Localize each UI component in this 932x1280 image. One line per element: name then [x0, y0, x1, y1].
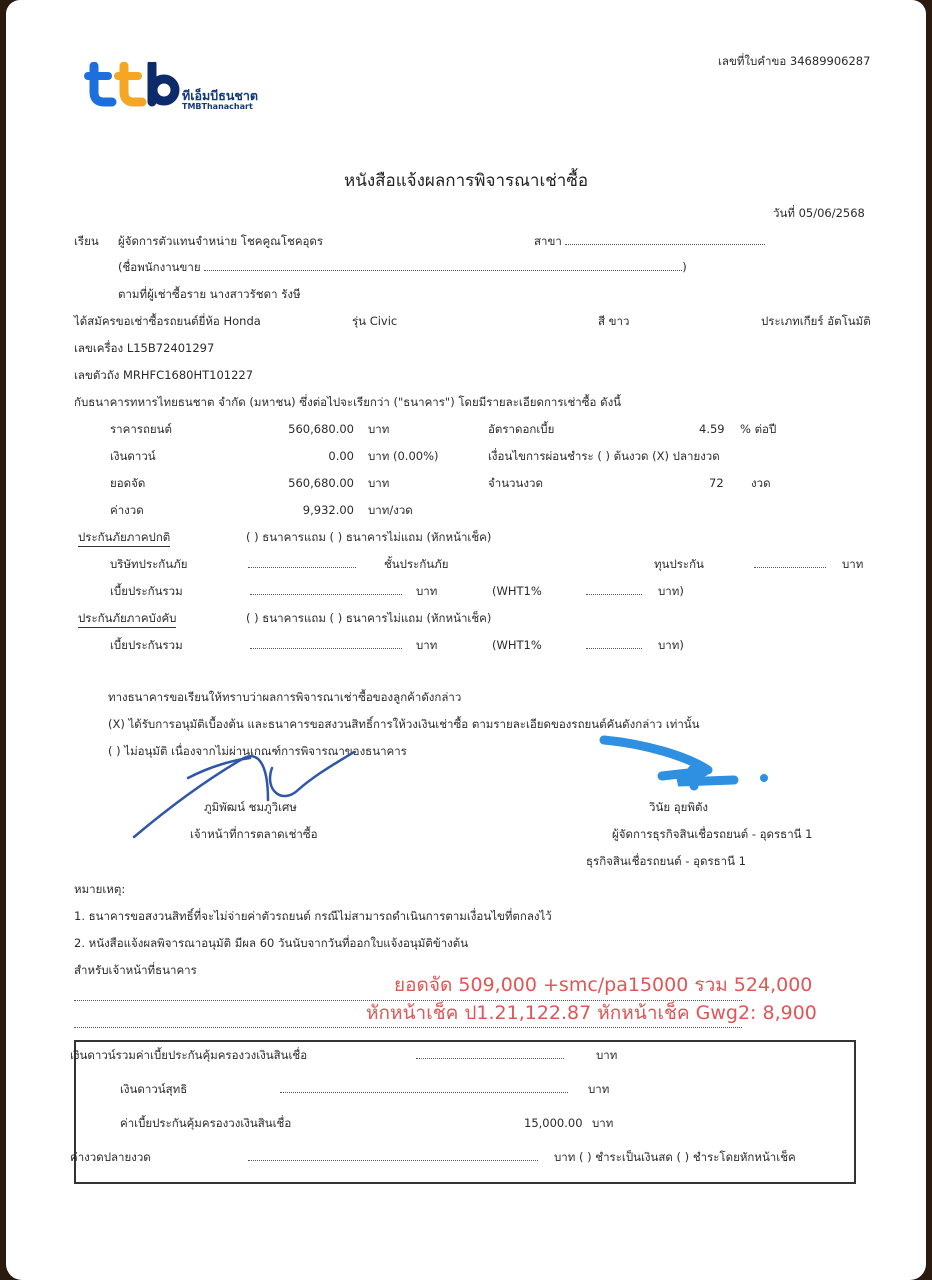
- logo-english-name: TMBThanachart: [182, 102, 253, 111]
- voluntary-insurance-title: ประกันภัยภาคปกติ: [78, 530, 170, 547]
- result-intro: ทางธนาคารขอเรียนให้ทราบว่าผลการพิจารณาเช…: [108, 690, 461, 704]
- left-signer-name: ภูมิพัฒน์ ชมภูวิเศษ: [204, 800, 297, 814]
- voluntary-premium-blank: [250, 584, 402, 595]
- financial-label: ค่างวด: [110, 503, 144, 517]
- lessee-text: ตามที่ผู้เช่าซื้อราย นางสาวรัชดา รังษี: [118, 287, 301, 301]
- chassis-number: เลขตัวถัง MRHFC1680HT101227: [74, 368, 253, 382]
- last-installment-label: ค่างวดปลายงวด: [70, 1150, 151, 1164]
- voluntary-premium-unit: บาท: [416, 584, 437, 598]
- right-signer-name: วินัย อุยพิตัง: [649, 800, 708, 814]
- insurer-label: บริษัทประกันภัย: [110, 557, 187, 571]
- installments-value: 72: [709, 476, 724, 490]
- financial-unit: บาท/งวด: [368, 503, 413, 517]
- bank-statement: กับธนาคารทหารไทยธนชาต จำกัด (มหาชน) ซึ่ง…: [74, 395, 621, 409]
- insurance-class-label: ชั้นประกันภัย: [384, 557, 448, 571]
- compulsory-wht-unit: บาท): [658, 638, 684, 652]
- sum-insured-blank: [754, 557, 826, 568]
- installments-unit: งวด: [751, 476, 771, 490]
- compulsory-insurance-options: ( ) ธนาคารแถม ( ) ธนาคารไม่แถม (หักหน้าเ…: [246, 611, 491, 625]
- financial-label: ยอดจัด: [110, 476, 145, 490]
- right-signer-department: ธุรกิจสินเชื่อรถยนต์ - อุดรธานี 1: [586, 854, 746, 868]
- compulsory-premium-unit: บาท: [416, 638, 437, 652]
- financial-value: 560,680.00: [288, 422, 354, 436]
- sum-insured-label: ทุนประกัน: [654, 557, 704, 571]
- salesperson-label: (ชื่อพนักงานขาย: [118, 260, 201, 274]
- credit-premium-label: ค่าเบี้ยประกันคุ้มครองวงเงินสินเชื่อ: [120, 1116, 291, 1130]
- down-total-label: เงินดาวน์รวมค่าเบี้ยประกันคุ้มครองวงเงิน…: [70, 1048, 307, 1062]
- financial-unit: บาท: [368, 476, 389, 490]
- compulsory-insurance-title: ประกันภัยภาคบังคับ: [78, 611, 176, 628]
- branch-blank: [565, 234, 765, 245]
- addressee-label: เรียน: [74, 234, 99, 248]
- credit-premium-unit: บาท: [592, 1116, 613, 1130]
- salesperson-close: ): [682, 260, 687, 274]
- engine-number: เลขเครื่อง L15B72401297: [74, 341, 214, 355]
- handwritten-note-line-2: หักหน้าเช็ค ป1.21,122.87 หักหน้าเช็ค Gwg…: [366, 1002, 817, 1024]
- date-value: 05/06/2568: [799, 206, 865, 220]
- addressee-name: ผู้จัดการตัวแทนจำหน่าย โชคคูณโชคอุดร: [118, 234, 323, 248]
- left-signature-icon: [134, 752, 354, 837]
- credit-premium-value: 15,000.00: [524, 1116, 583, 1130]
- signature-dot-icon: [760, 774, 768, 782]
- handwritten-note-line-1: ยอดจัด 509,000 +smc/pa15000 รวม 524,000: [394, 974, 812, 996]
- application-number: เลขที่ใบคำขอ 34689906287: [718, 54, 870, 68]
- branch-label: สาขา: [534, 234, 562, 248]
- document-date: วันที่ 05/06/2568: [773, 206, 865, 220]
- compulsory-premium-label: เบี้ยประกันรวม: [110, 638, 183, 652]
- compulsory-premium-blank: [250, 638, 402, 649]
- net-down-label: เงินดาวน์สุทธิ: [120, 1082, 187, 1096]
- ttb-logo-icon: [84, 62, 180, 108]
- vehicle-gear: ประเภทเกียร์ อัตโนมัติ: [761, 314, 871, 328]
- vehicle-brand: ได้สมัครขอเช่าซื้อรถยนต์ยี่ห้อ Honda: [74, 314, 261, 328]
- payment-condition: เงื่อนไขการผ่อนชำระ ( ) ต้นงวด (X) ปลายง…: [488, 449, 720, 463]
- application-number-label: เลขที่ใบคำขอ: [718, 54, 786, 68]
- financial-value: 9,932.00: [303, 503, 354, 517]
- right-signer-title: ผู้จัดการธุรกิจสินเชื่อรถยนต์ - อุดรธานี…: [612, 827, 813, 841]
- compulsory-wht-label: (WHT1%: [492, 638, 542, 652]
- down-total-unit: บาท: [596, 1048, 617, 1062]
- result-rejected: ( ) ไม่อนุมัติ เนื่องจากไม่ผ่านเกณฑ์การพ…: [108, 744, 407, 758]
- note-item-1: 1. ธนาคารขอสงวนสิทธิ์ที่จะไม่จ่ายค่าตัวร…: [74, 909, 552, 923]
- voluntary-premium-label: เบี้ยประกันรวม: [110, 584, 183, 598]
- salesperson-blank: [204, 260, 682, 271]
- voluntary-wht-unit: บาท): [658, 584, 684, 598]
- financial-label: เงินดาวน์: [110, 449, 156, 463]
- financial-unit: บาท: [368, 422, 389, 436]
- document-page: ทีเอ็มบีธนชาต TMBThanachart เลขที่ใบคำขอ…: [6, 0, 926, 1280]
- right-signature-icon: [604, 740, 734, 786]
- voluntary-wht-label: (WHT1%: [492, 584, 542, 598]
- voluntary-wht-blank: [586, 584, 642, 595]
- financial-unit: บาท (0.00%): [368, 449, 439, 463]
- notes-title: หมายเหตุ:: [74, 882, 125, 896]
- financial-label: ราคารถยนต์: [110, 422, 172, 436]
- result-approved: (X) ได้รับการอนุมัติเบื้องต้น และธนาคารข…: [108, 717, 700, 731]
- interest-label: อัตราดอกเบี้ย: [488, 422, 554, 436]
- page-title: หนังสือแจ้งผลการพิจารณาเช่าซื้อ: [344, 167, 588, 194]
- financial-value: 560,680.00: [288, 476, 354, 490]
- interest-value: 4.59: [699, 422, 725, 436]
- interest-unit: % ต่อปี: [740, 422, 776, 436]
- salesperson-field: (ชื่อพนักงานขาย ): [118, 260, 687, 274]
- financial-value: 0.00: [328, 449, 354, 463]
- branch-field: สาขา: [534, 234, 765, 248]
- compulsory-wht-blank: [586, 638, 642, 649]
- sum-insured-unit: บาท: [842, 557, 863, 571]
- insurer-blank: [248, 557, 356, 568]
- net-down-unit: บาท: [588, 1082, 609, 1096]
- vehicle-color: สี ขาว: [598, 314, 629, 328]
- note-item-2: 2. หนังสือแจ้งผลพิจารณาอนุมัติ มีผล 60 ว…: [74, 936, 468, 950]
- last-installment-payment-options: บาท ( ) ชำระเป็นเงินสด ( ) ชำระโดยหักหน้…: [554, 1150, 796, 1164]
- date-label: วันที่: [773, 206, 795, 220]
- net-down-blank: [280, 1082, 568, 1093]
- vehicle-model: รุ่น Civic: [352, 314, 397, 328]
- application-number-value: 34689906287: [790, 54, 870, 68]
- staff-label: สำหรับเจ้าหน้าที่ธนาคาร: [74, 963, 197, 977]
- last-installment-blank: [248, 1150, 538, 1161]
- installments-label: จำนวนงวด: [488, 476, 543, 490]
- summary-box: เงินดาวน์รวมค่าเบี้ยประกันคุ้มครองวงเงิน…: [74, 1040, 856, 1184]
- voluntary-insurance-options: ( ) ธนาคารแถม ( ) ธนาคารไม่แถม (หักหน้าเ…: [246, 530, 491, 544]
- left-signer-title: เจ้าหน้าที่การตลาดเช่าซื้อ: [190, 827, 318, 841]
- down-total-blank: [416, 1048, 564, 1059]
